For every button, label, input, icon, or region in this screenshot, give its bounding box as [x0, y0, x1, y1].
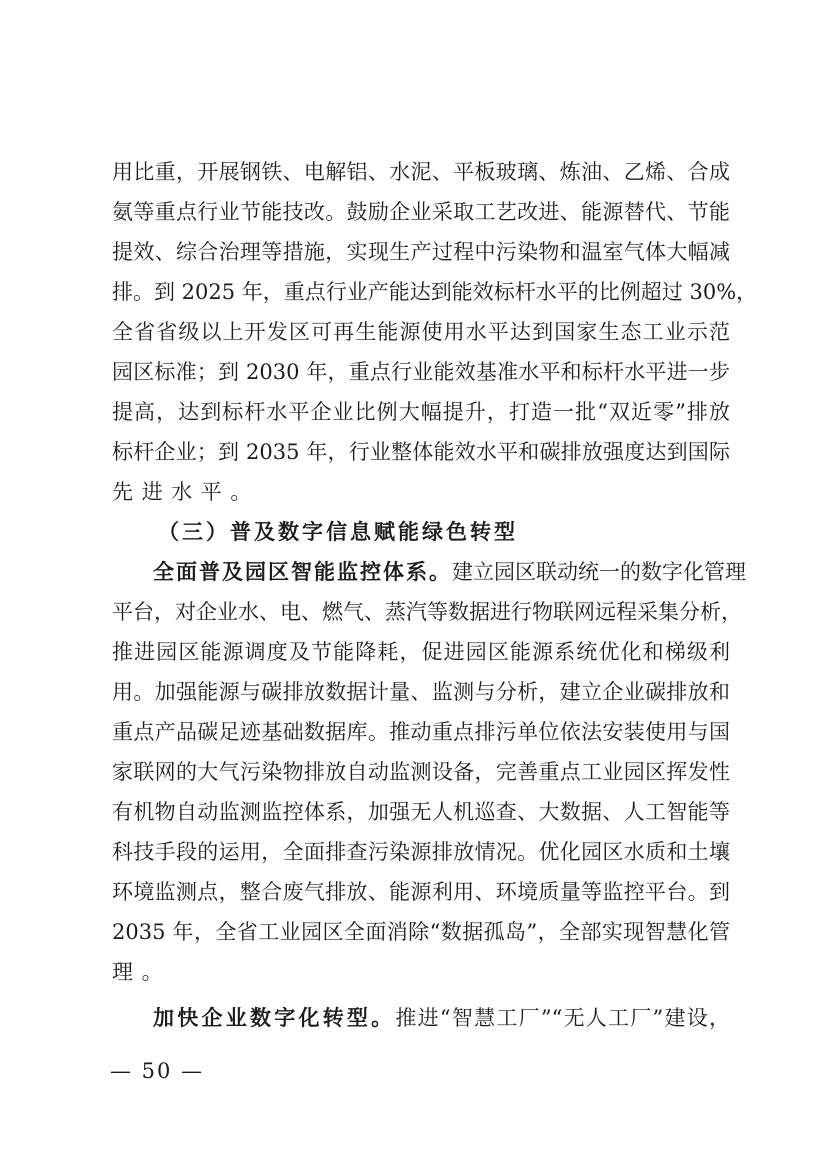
- text-line-first: 加快企业数字化转型。推进“智慧工厂”“无人工厂”建设，: [112, 998, 730, 1038]
- text-span: 建立园区联动统一的数字化管理: [452, 560, 746, 584]
- text-line: 全省省级以上开发区可再生能源使用水平达到国家生态工业示范: [112, 312, 730, 352]
- paragraph-monitoring: 全面普及园区智能监控体系。建立园区联动统一的数字化管理 平台，对企业水、电、燃气…: [112, 552, 730, 992]
- text-line: 推进园区能源调度及节能降耗，促进园区能源系统优化和梯级利: [112, 632, 730, 672]
- paragraph-digital: 加快企业数字化转型。推进“智慧工厂”“无人工厂”建设，: [112, 998, 730, 1038]
- text-span: 推进“智慧工厂”“无人工厂”建设，: [395, 1006, 730, 1030]
- bold-lead-text: 全面普及园区智能监控体系。: [153, 560, 452, 584]
- text-line: 有机物自动监测监控体系，加强无人机巡查、大数据、人工智能等: [112, 792, 730, 832]
- text-line: 环境监测点，整合废气排放、能源利用、环境质量等监控平台。到: [112, 872, 730, 912]
- text-line: 重点产品碳足迹基础数据库。推动重点排污单位依法安装使用与国: [112, 712, 730, 752]
- text-line: 园区标准；到 2030 年，重点行业能效基准水平和标杆水平进一步: [112, 352, 730, 392]
- section-heading: （三）普及数字信息赋能绿色转型: [112, 512, 730, 552]
- text-line: 先进水平。: [112, 472, 730, 512]
- text-line: 科技手段的运用，全面排查污染源排放情况。优化园区水质和土壤: [112, 832, 730, 872]
- text-line: 平台，对企业水、电、燃气、蒸汽等数据进行物联网远程采集分析，: [112, 592, 730, 632]
- text-line: 提效、综合治理等措施，实现生产过程中污染物和温室气体大幅减: [112, 232, 730, 272]
- document-page: 用比重，开展钢铁、电解铝、水泥、平板玻璃、炼油、乙烯、合成 氨等重点行业节能技改…: [0, 0, 826, 1169]
- text-line: 理。: [112, 952, 730, 992]
- text-line: 家联网的大气污染物排放自动监测设备，完善重点工业园区挥发性: [112, 752, 730, 792]
- bold-lead-text: 加快企业数字化转型。: [153, 1006, 395, 1030]
- text-line: 提高，达到标杆水平企业比例大幅提升，打造一批“双近零”排放: [112, 392, 730, 432]
- text-line: 2035 年，全省工业园区全面消除“数据孤岛”，全部实现智慧化管: [112, 912, 730, 952]
- text-line: 用。加强能源与碳排放数据计量、监测与分析，建立企业碳排放和: [112, 672, 730, 712]
- body-text: 用比重，开展钢铁、电解铝、水泥、平板玻璃、炼油、乙烯、合成 氨等重点行业节能技改…: [112, 152, 730, 1038]
- text-line: 排。到 2025 年，重点行业产能达到能效标杆水平的比例超过 30%，: [112, 272, 730, 312]
- page-number: — 50 —: [110, 1057, 204, 1085]
- text-line: 氨等重点行业节能技改。鼓励企业采取工艺改进、能源替代、节能: [112, 192, 730, 232]
- paragraph-continuation: 用比重，开展钢铁、电解铝、水泥、平板玻璃、炼油、乙烯、合成 氨等重点行业节能技改…: [112, 152, 730, 512]
- text-line-first: 全面普及园区智能监控体系。建立园区联动统一的数字化管理: [112, 552, 730, 592]
- text-line: 标杆企业；到 2035 年，行业整体能效水平和碳排放强度达到国际: [112, 432, 730, 472]
- text-line: 用比重，开展钢铁、电解铝、水泥、平板玻璃、炼油、乙烯、合成: [112, 152, 730, 192]
